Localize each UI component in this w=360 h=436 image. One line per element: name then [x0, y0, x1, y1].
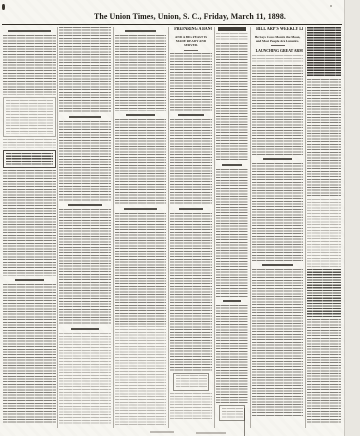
column-3-body-text-a	[115, 35, 166, 111]
column-7-dense-text	[307, 27, 341, 77]
bottom-smudge-a	[150, 431, 174, 433]
column-3-body-text-c	[115, 213, 166, 327]
column-5	[216, 27, 248, 429]
column-6-body-text-b	[252, 163, 303, 261]
newspaper-scan: { "masthead": { "title_line": "The Union…	[0, 0, 360, 436]
bill-arp-divider-rule	[271, 45, 285, 46]
column-4-section-head-a	[178, 114, 203, 116]
column-rule-1	[57, 27, 58, 428]
column-2-section-head-b	[68, 204, 102, 206]
column-1-body-text-b	[3, 284, 56, 424]
boxed-ad-dark-text	[6, 153, 53, 165]
boxed-ad-light-text	[6, 100, 53, 134]
column-5-headline-bar	[218, 27, 246, 31]
column-rule-6	[305, 27, 306, 428]
column-2-section-head-c	[71, 328, 100, 330]
column-2-body-text-c	[59, 209, 111, 325]
bill-arp-subhead: He Says Cows Mourn the Moon, and Most Pe…	[252, 35, 303, 44]
column-3-body-text-d	[115, 329, 166, 425]
column-3-body-text-b	[115, 119, 166, 205]
column-1-section-head	[15, 279, 44, 281]
banquet-headline: PREPARING A BANQUET.	[174, 27, 208, 33]
column-1-notices-text	[3, 35, 56, 95]
masthead-title: The Union Times, Union, S. C., Friday, M…	[67, 11, 313, 21]
column-7-body-text-c	[307, 269, 341, 317]
column-6-body-text-a	[252, 65, 303, 155]
column-4-bottom-ad-text	[176, 375, 207, 388]
column-1-head-bar	[8, 30, 50, 32]
bill-arp-headline: BILL ARP'S WEEKLY LETTER.	[256, 27, 299, 33]
ink-blot	[2, 4, 5, 10]
column-5-body-text-b	[216, 169, 248, 297]
column-5-body-text-c	[216, 305, 248, 403]
bottom-smudge-b	[196, 432, 226, 434]
newspaper-page: The Union Times, Union, S. C., Friday, M…	[0, 0, 345, 436]
column-7-body-text-b	[307, 199, 341, 267]
column-3-head-bar	[125, 30, 157, 32]
stray-column-rule-extension	[244, 408, 245, 436]
masthead-rule	[2, 24, 342, 25]
column-5-bottom-ad-box	[219, 405, 245, 421]
column-1-body-text-a	[3, 170, 56, 276]
page-right-edge	[344, 0, 345, 436]
column-4-body-text-d	[170, 393, 212, 421]
column-3-section-head-a	[126, 114, 156, 116]
armies-headline: LAUNCHING GREAT ARMIES.	[256, 48, 300, 53]
column-4-body-text-c	[170, 213, 212, 371]
column-5-subhead-text	[216, 33, 248, 41]
column-7-body-text-d	[307, 319, 341, 423]
banquet-subhead: AND A BIG FEAST IS MADE READY AND SERVED…	[170, 35, 212, 48]
column-6-section-head-a	[263, 158, 293, 160]
column-1-faint-text	[3, 139, 56, 148]
column-4-bottom-ad-box	[173, 373, 209, 391]
column-1-boxed-ad-light	[3, 97, 56, 137]
column-2-section-head-a	[69, 116, 100, 118]
column-3	[115, 27, 166, 429]
column-2	[59, 27, 111, 429]
column-rule-4	[214, 27, 215, 428]
column-rule-5	[250, 27, 251, 428]
column-4: PREPARING A BANQUET. AND A BIG FEAST IS …	[170, 27, 212, 429]
column-4-body-text-a	[170, 53, 212, 111]
banquet-divider-rule	[184, 50, 198, 51]
column-3-section-head-b	[124, 208, 157, 210]
column-rule-3	[168, 27, 169, 428]
column-6-body-text-c	[252, 269, 303, 417]
column-2-body-text-b	[59, 121, 111, 201]
column-6-section-head-b	[262, 264, 294, 266]
column-5-section-head-b	[223, 300, 241, 302]
column-4-body-text-b	[170, 119, 212, 205]
column-6: BILL ARP'S WEEKLY LETTER. He Says Cows M…	[252, 27, 303, 429]
column-4-section-head-b	[179, 208, 203, 210]
column-5-bottom-ad-text	[222, 408, 243, 419]
column-2-body-text-d	[59, 333, 111, 425]
column-1	[3, 27, 56, 429]
armies-subhead-text	[252, 55, 303, 63]
column-5-body-text-a	[216, 43, 248, 161]
column-7	[307, 27, 341, 429]
column-5-section-head-a	[222, 164, 241, 166]
scan-speck-top	[330, 5, 332, 7]
column-2-body-text-a	[59, 27, 111, 113]
column-7-body-text-a	[307, 79, 341, 197]
column-rule-2	[113, 27, 114, 428]
column-1-boxed-ad-dark	[3, 150, 56, 168]
